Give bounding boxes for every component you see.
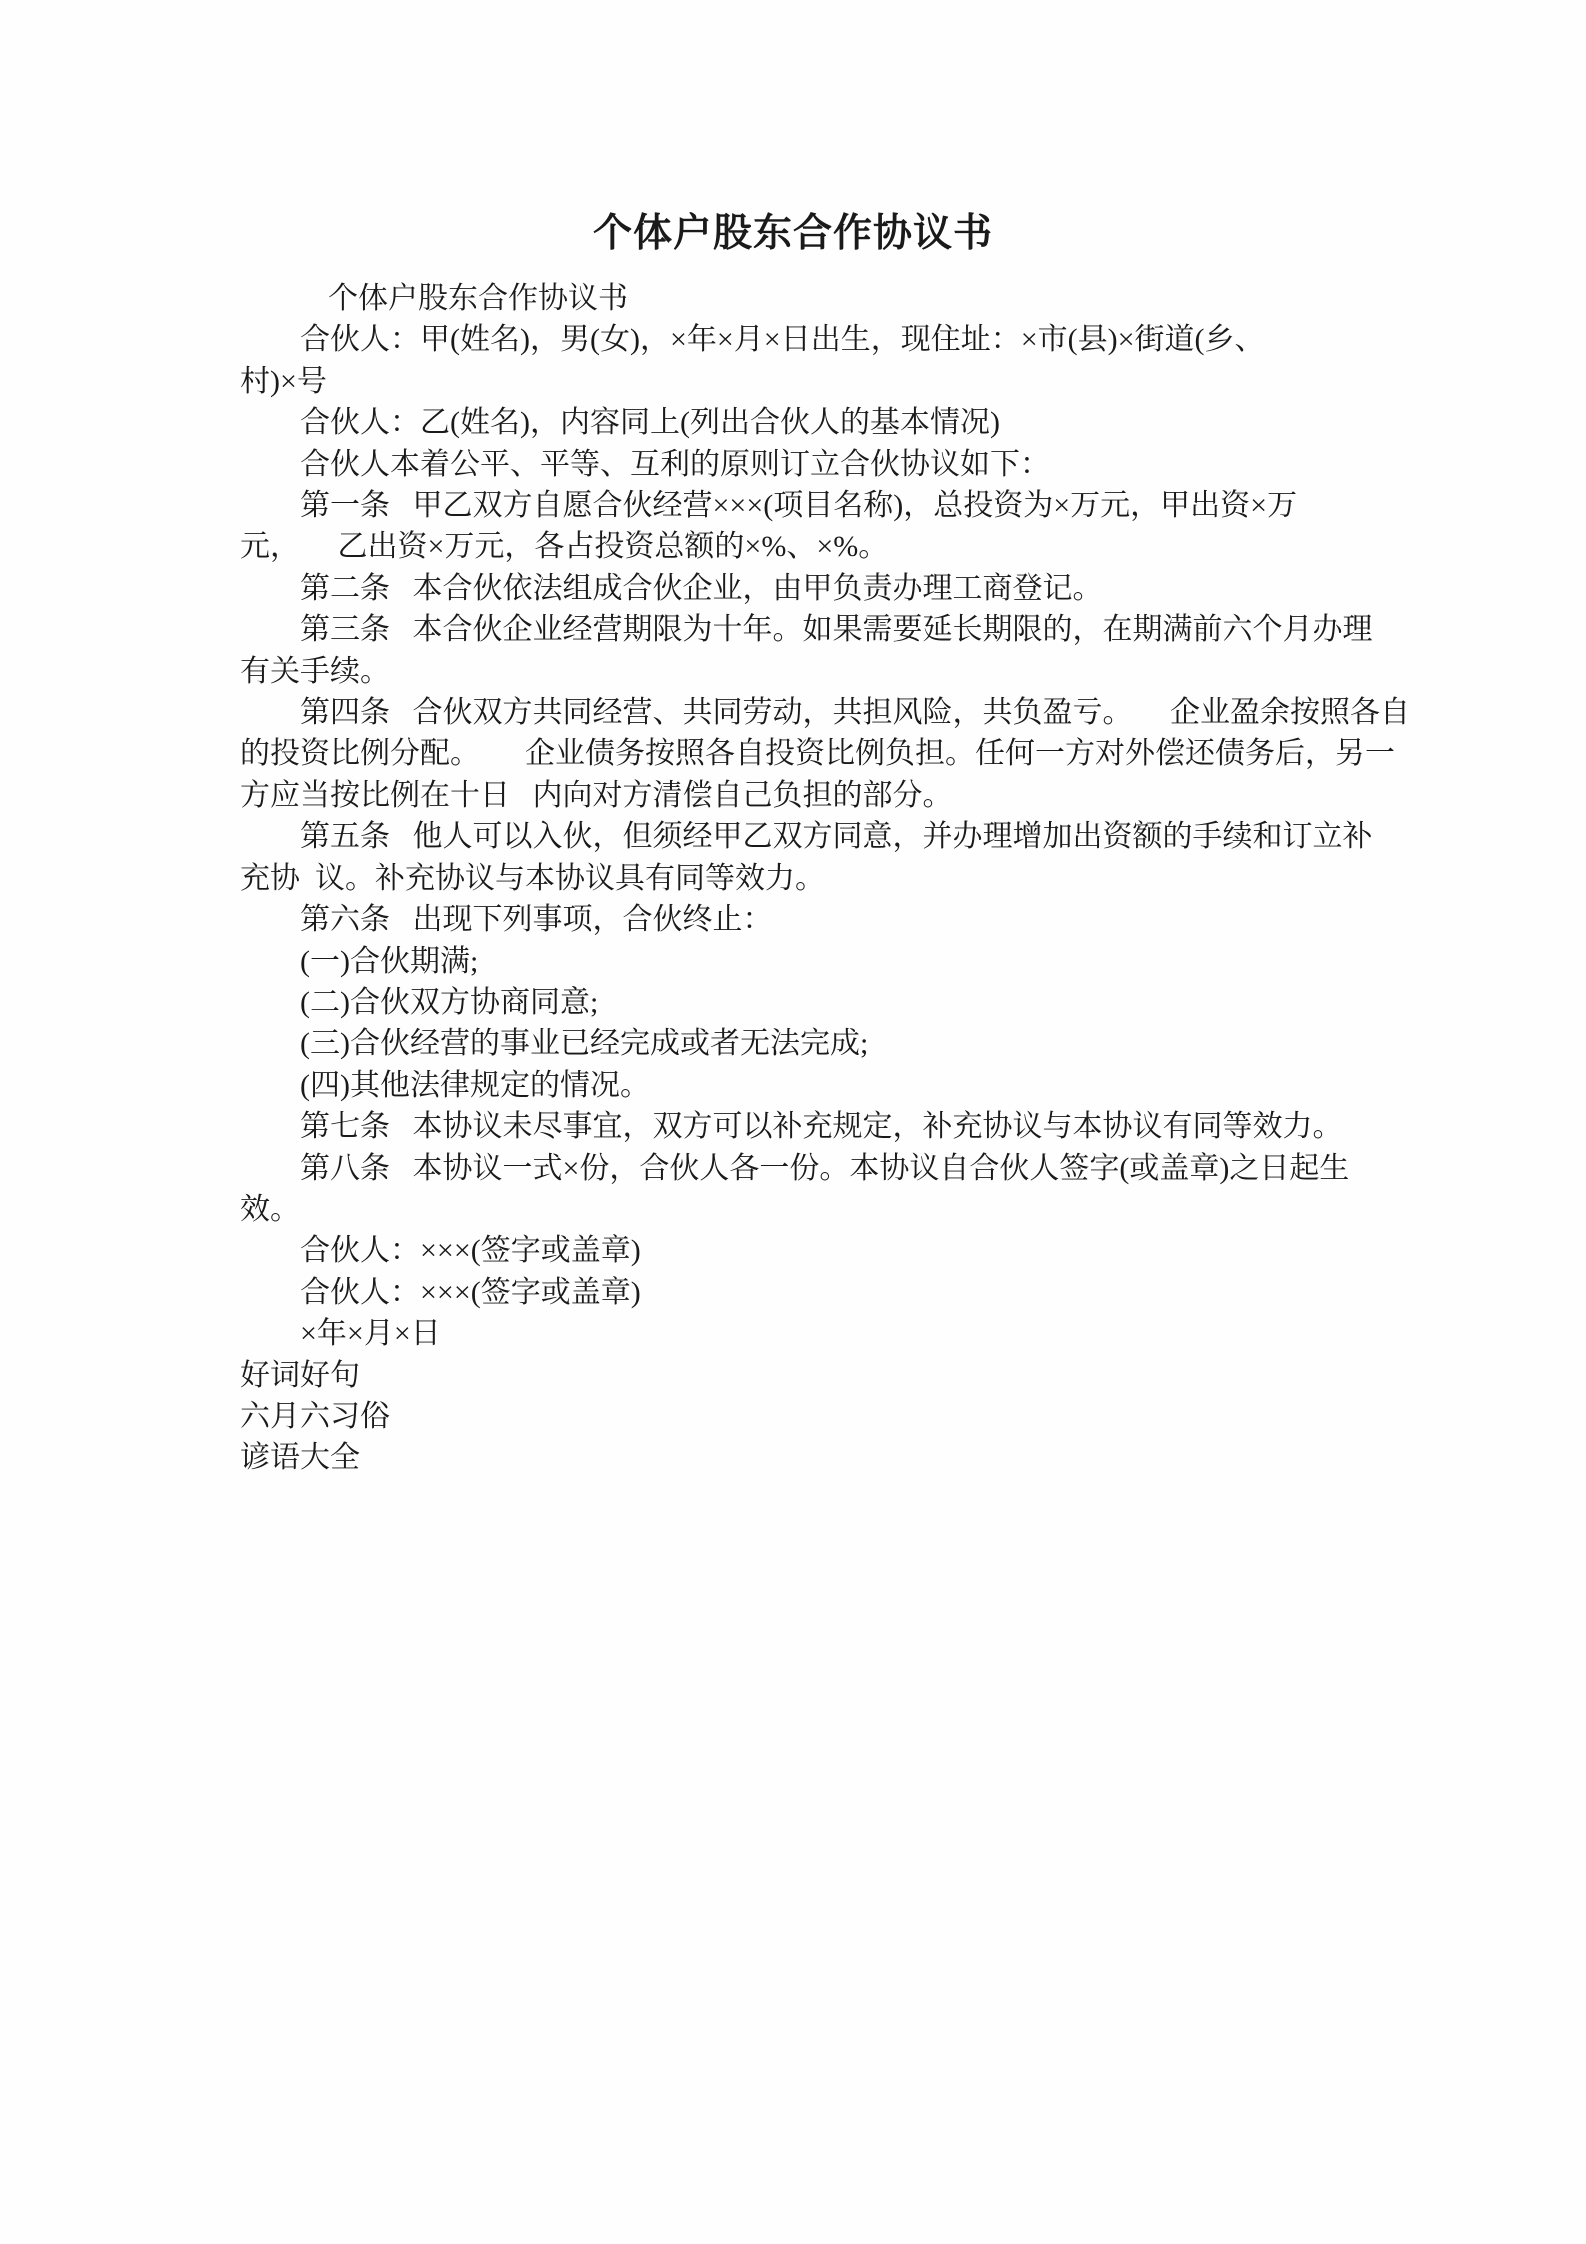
doc-line-footer: 谚语大全 xyxy=(240,1437,1360,1478)
doc-line: 合伙人本着公平、平等、互利的原则订立合伙协议如下： xyxy=(240,444,1360,485)
doc-line: 合伙人：甲(姓名)，男(女)，×年×月×日出生，现住址：×市(县)×街道(乡、 xyxy=(240,319,1360,360)
document-title: 个体户股东合作协议书 xyxy=(0,202,1586,258)
doc-line: 方应当按比例在十日 内向对方清偿自己负担的部分。 xyxy=(240,775,1360,816)
doc-line-footer: 六月六习俗 xyxy=(240,1396,1360,1437)
document-body: 个体户股东合作协议书 合伙人：甲(姓名)，男(女)，×年×月×日出生，现住址：×… xyxy=(240,278,1360,1479)
doc-line: 第二条 本合伙依法组成合伙企业，由甲负责办理工商登记。 xyxy=(240,568,1360,609)
doc-line-footer: 好词好句 xyxy=(240,1355,1360,1396)
doc-line: (三)合伙经营的事业已经完成或者无法完成; xyxy=(240,1023,1360,1064)
doc-line: 第五条 他人可以入伙，但须经甲乙双方同意，并办理增加出资额的手续和订立补 xyxy=(240,816,1360,857)
doc-line: 有关手续。 xyxy=(240,651,1360,692)
doc-line: 第八条 本协议一式×份，合伙人各一份。本协议自合伙人签字(或盖章)之日起生 xyxy=(240,1148,1360,1189)
doc-line: 元， 乙出资×万元，各占投资总额的×%、×%。 xyxy=(240,526,1360,567)
doc-line: (二)合伙双方协商同意; xyxy=(240,982,1360,1023)
doc-line: 第三条 本合伙企业经营期限为十年。如果需要延长期限的，在期满前六个月办理 xyxy=(240,609,1360,650)
doc-line: 充协 议。补充协议与本协议具有同等效力。 xyxy=(240,858,1360,899)
doc-line: 第四条 合伙双方共同经营、共同劳动，共担风险，共负盈亏。 企业盈余按照各自 xyxy=(240,692,1360,733)
doc-line: 第一条 甲乙双方自愿合伙经营×××(项目名称)，总投资为×万元，甲出资×万 xyxy=(240,485,1360,526)
doc-line-partner-signature: 合伙人：×××(签字或盖章) xyxy=(240,1230,1360,1271)
doc-line: 的投资比例分配。 企业债务按照各自投资比例负担。任何一方对外偿还债务后，另一 xyxy=(240,733,1360,774)
doc-line: 第六条 出现下列事项，合伙终止： xyxy=(240,899,1360,940)
doc-line: 个体户股东合作协议书 xyxy=(240,278,1360,319)
document-page: 个体户股东合作协议书 个体户股东合作协议书 合伙人：甲(姓名)，男(女)，×年×… xyxy=(0,0,1586,2244)
doc-line-partner-signature: 合伙人：×××(签字或盖章) xyxy=(240,1272,1360,1313)
doc-line: 村)×号 xyxy=(240,361,1360,402)
doc-line: 效。 xyxy=(240,1189,1360,1230)
doc-line: (一)合伙期满; xyxy=(240,941,1360,982)
doc-line-date: ×年×月×日 xyxy=(240,1313,1360,1354)
doc-line: 合伙人：乙(姓名)，内容同上(列出合伙人的基本情况) xyxy=(240,402,1360,443)
doc-line: 第七条 本协议未尽事宜，双方可以补充规定，补充协议与本协议有同等效力。 xyxy=(240,1106,1360,1147)
doc-line: (四)其他法律规定的情况。 xyxy=(240,1065,1360,1106)
